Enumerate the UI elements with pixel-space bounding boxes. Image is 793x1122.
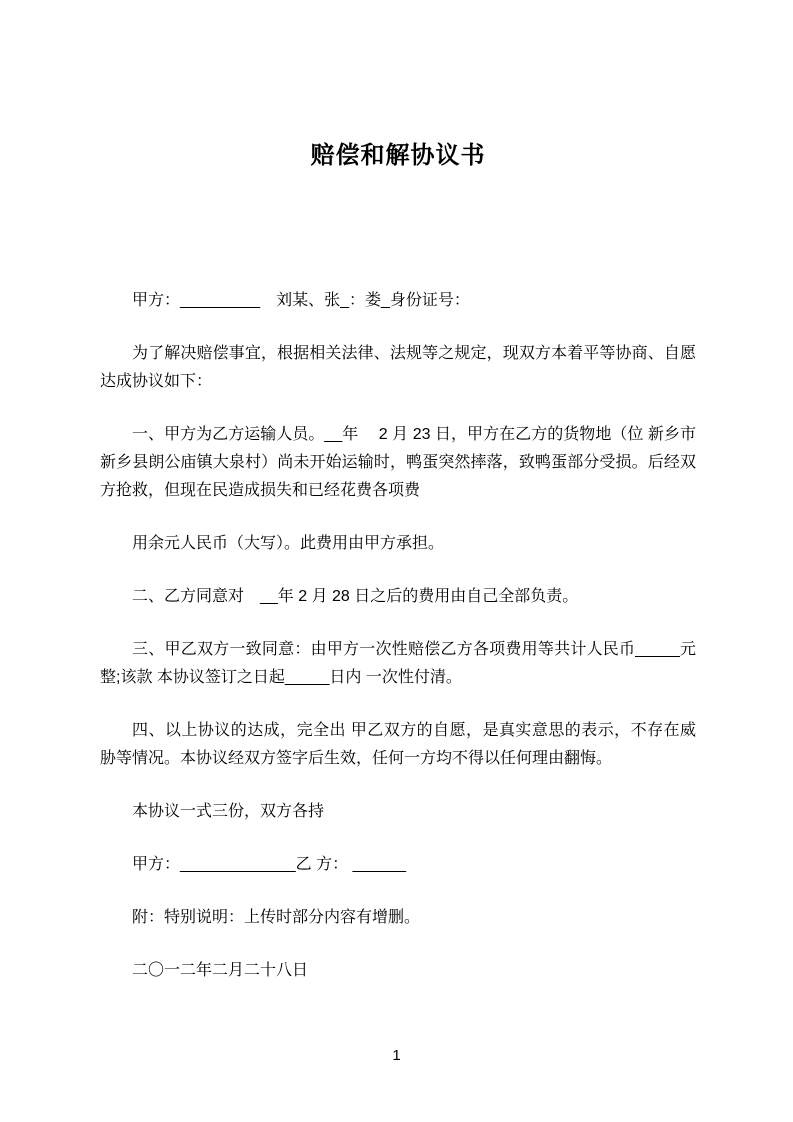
special-note: 附：特别说明：上传时部分内容有增删。 [100,904,696,932]
clause-1: 一、甲方为乙方运输人员。__年 2 月 23 日，甲方在乙方的货物地（位 新乡市… [100,421,696,505]
document-title: 赔偿和解协议书 [100,140,696,172]
clause-2: 二、乙方同意对 __年 2 月 28 日之后的费用由自己全部负责。 [100,583,696,611]
party-line: 甲方：_________ 刘某、张_：娄_身份证号： [100,287,696,315]
preamble-paragraph: 为了解决赔偿事宜，根据相关法律、法规等之规定，现双方本着平等协商、自愿达成协议如… [100,340,696,396]
date-line: 二〇一二年二月二十八日 [100,957,696,985]
signature-line: 甲方：_____________乙 方： ______ [100,851,696,879]
clause-3: 三、甲乙双方一致同意：由甲方一次性赔偿乙方各项费用等共计人民币_____元整;该… [100,636,696,692]
copies-line: 本协议一式三份，双方各持 [100,798,696,826]
clause-1-continuation: 用余元人民币（大写）。此费用由甲方承担。 [100,530,696,558]
page-number: 1 [0,1046,793,1066]
clause-4: 四、以上协议的达成，完全出 甲乙双方的自愿，是真实意思的表示，不存在威胁等情况。… [100,717,696,773]
document-page: 赔偿和解协议书 甲方：_________ 刘某、张_：娄_身份证号： 为了解决赔… [0,0,793,1122]
